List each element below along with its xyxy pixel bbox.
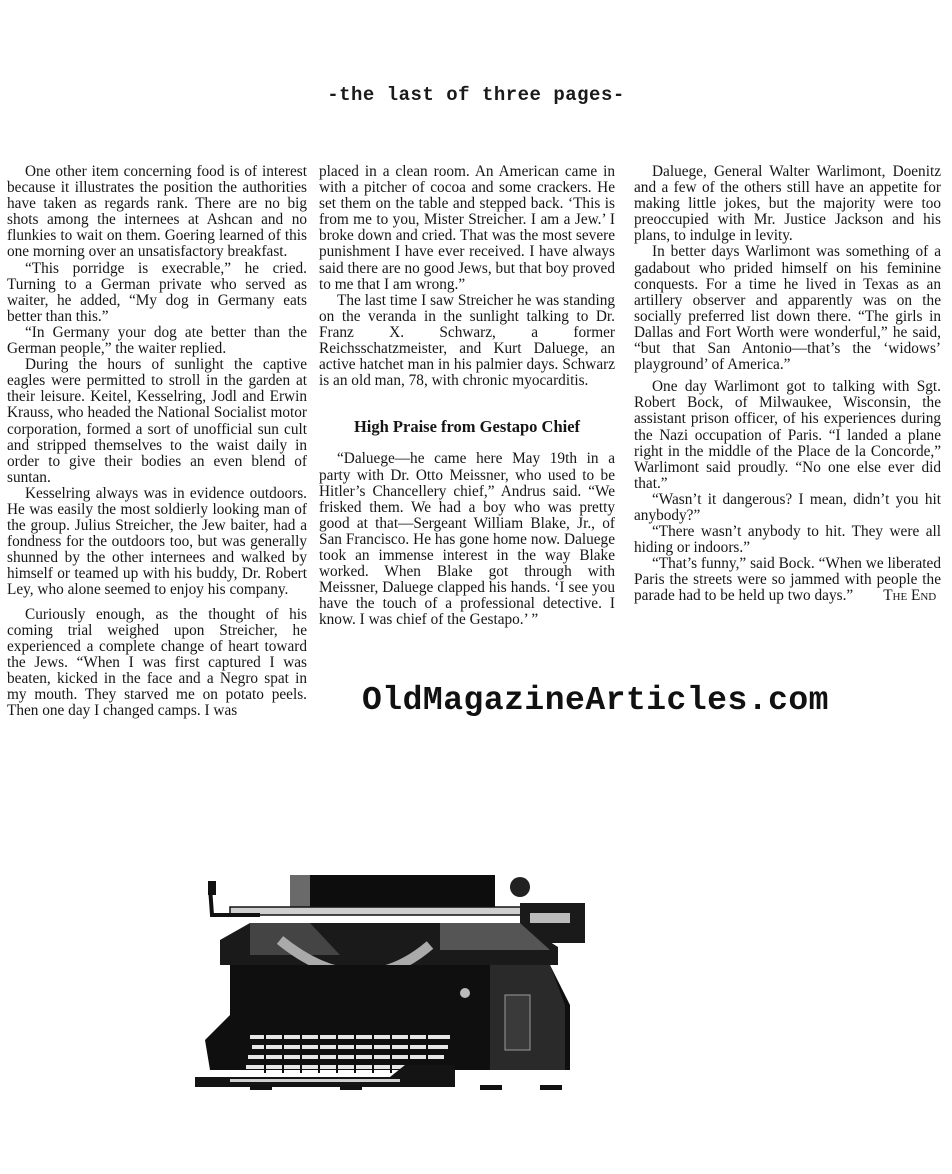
paragraph: The last time I saw Streicher he was sta… bbox=[319, 293, 615, 390]
paragraph: During the hours of sunlight the captive… bbox=[7, 357, 307, 486]
paragraph: Curiously enough, as the thought of his … bbox=[7, 607, 307, 720]
typewriter-illustration bbox=[190, 855, 585, 1090]
page-label: -the last of three pages- bbox=[0, 84, 952, 106]
site-watermark: OldMagazineArticles.com bbox=[362, 682, 829, 719]
paragraph: placed in a clean room. An American came… bbox=[319, 164, 615, 293]
paragraph: Kesselring always was in evidence outdoo… bbox=[7, 486, 307, 599]
paragraph: “Wasn’t it dangerous? I mean, didn’t you… bbox=[634, 492, 941, 524]
paragraph: Daluege, General Walter Warlimont, Doeni… bbox=[634, 164, 941, 244]
paragraph: One other item concerning food is of int… bbox=[7, 164, 307, 261]
article-column-1: One other item concerning food is of int… bbox=[7, 164, 307, 719]
paragraph: In better days Warlimont was something o… bbox=[634, 244, 941, 373]
paragraph: “There wasn’t anybody to hit. They were … bbox=[634, 524, 941, 556]
article-column-2: placed in a clean room. An American came… bbox=[319, 164, 615, 628]
end-mark: The End bbox=[883, 587, 936, 604]
paragraph: “Daluege—he came here May 19th in a part… bbox=[319, 451, 615, 628]
article-column-3: Daluege, General Walter Warlimont, Doeni… bbox=[634, 164, 941, 605]
paragraph: “In Germany your dog ate better than the… bbox=[7, 325, 307, 357]
paragraph: “That’s funny,” said Bock. “When we libe… bbox=[634, 556, 941, 604]
paragraph: “This porridge is execrable,” he cried. … bbox=[7, 261, 307, 325]
section-subheading: High Praise from Gestapo Chief bbox=[319, 419, 615, 435]
paragraph: One day Warlimont got to talking with Sg… bbox=[634, 379, 941, 492]
